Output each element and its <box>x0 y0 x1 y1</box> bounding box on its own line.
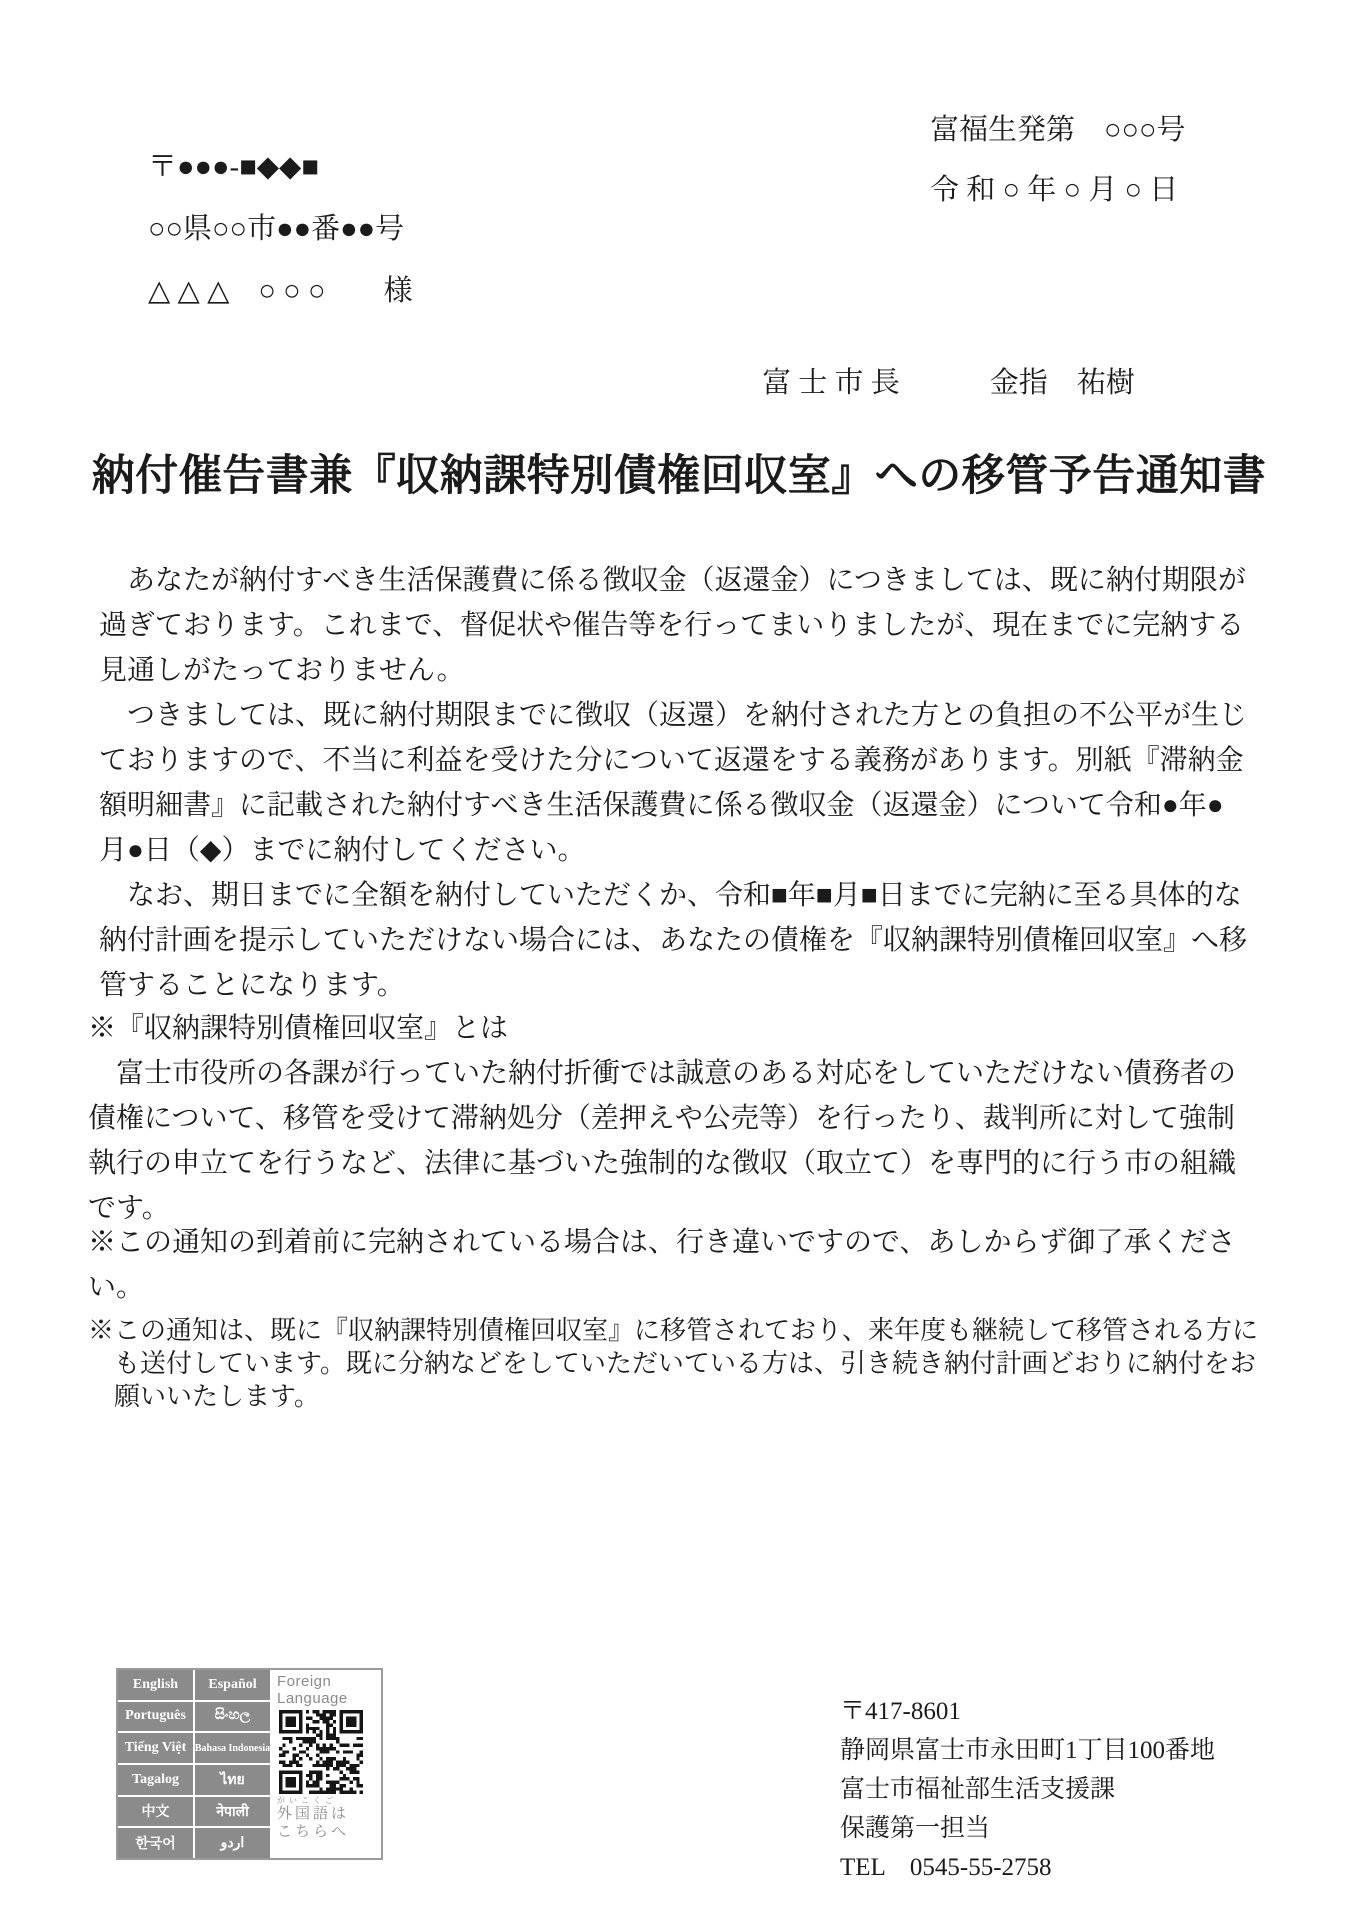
recipient-address: ○○県○○市●●番●●号 <box>148 198 412 260</box>
language-cell-thai: ไทย <box>195 1765 270 1795</box>
qr-panel: Foreign Language がいこくご 外国語は こちらへ <box>270 1670 381 1858</box>
qr-caption-line1: 外国語は <box>277 1805 349 1823</box>
document-number: 富福生発第 ○○○号 <box>930 100 1186 160</box>
contact-block: 〒417-8601 静岡県富士市永田町1丁目100番地 富士市福祉部生活支援課 … <box>840 1692 1215 1887</box>
document-meta: 富福生発第 ○○○号 令 和 ○ 年 ○ 月 ○ 日 <box>930 100 1186 220</box>
paragraph-obligation: つきましては、既に納付期限までに徴収（返還）を納付された方との負担の不公平が生じ… <box>99 693 1251 873</box>
contact-section: 保護第一担当 <box>840 1809 1215 1848</box>
recipient-postal-code: 〒●●●-■◆◆■ <box>148 136 412 198</box>
body-paragraphs: あなたが納付すべき生活保護費に係る徴収金（返還金）につきましては、既に納付期限が… <box>99 558 1251 1008</box>
page-title: 納付催告書兼『収納課特別債権回収室』への移管予告通知書 <box>0 442 1358 503</box>
foreign-language-block: English Español Português සිංහල Tiếng Vi… <box>116 1668 383 1860</box>
paragraph-transfer-warning: なお、期日までに全額を納付していただくか、令和■年■月■日までに完納に至る具体的… <box>99 873 1251 1008</box>
document-date: 令 和 ○ 年 ○ 月 ○ 日 <box>930 160 1186 220</box>
language-cell-indonesian: Bahasa Indonesia <box>195 1733 270 1763</box>
language-cell-portugues: Português <box>118 1702 193 1732</box>
note-crossing: ※この通知の到着前に完納されている場合は、行き違いですので、あしからず御了承くだ… <box>88 1220 1268 1310</box>
qr-caption-line2: こちらへ <box>277 1823 349 1841</box>
language-table: English Español Português සිංහල Tiếng Vi… <box>118 1670 270 1858</box>
foreign-language-heading: Foreign Language <box>277 1673 367 1707</box>
language-cell-korean: 한국어 <box>118 1828 193 1858</box>
sender-name: 金指 祐樹 <box>990 367 1135 399</box>
sender-line: 富 士 市 長金指 祐樹 <box>762 360 1135 401</box>
language-cell-urdu: اردو <box>195 1828 270 1858</box>
language-cell-tagalog: Tagalog <box>118 1765 193 1795</box>
qr-caption-furigana: がいこくご <box>277 1796 337 1805</box>
recipient-name: △ △ △ ○ ○ ○ 様 <box>148 260 412 322</box>
contact-postal-code: 〒417-8601 <box>840 1692 1215 1731</box>
contact-address: 静岡県富士市永田町1丁目100番地 <box>840 1731 1215 1770</box>
recipient-block: 〒●●●-■◆◆■ ○○県○○市●●番●●号 △ △ △ ○ ○ ○ 様 <box>148 136 412 322</box>
language-cell-sinhala: සිංහල <box>195 1702 270 1732</box>
qr-code <box>279 1710 363 1794</box>
contact-tel: TEL 0545-55-2758 <box>840 1848 1215 1887</box>
language-cell-english: English <box>118 1670 193 1700</box>
language-cell-nepali: नेपाली <box>195 1797 270 1827</box>
contact-department: 富士市福祉部生活支援課 <box>840 1770 1215 1809</box>
paragraph-overdue: あなたが納付すべき生活保護費に係る徴収金（返還金）につきましては、既に納付期限が… <box>99 558 1251 693</box>
note-definition-body: 富士市役所の各課が行っていた納付折衝では誠意のある対応をしていただけない債務者の… <box>88 1051 1252 1231</box>
sender-office: 富 士 市 長 <box>762 367 900 399</box>
note-transferred: ※この通知は、既に『収納課特別債権回収室』に移管されており、来年度も継続して移管… <box>88 1314 1260 1413</box>
language-cell-chinese: 中文 <box>118 1797 193 1827</box>
language-cell-espanol: Español <box>195 1670 270 1700</box>
language-cell-vietnamese: Tiếng Việt <box>118 1733 193 1763</box>
document-page: { "doc": { "doc_number": "富福生発第 ○○○号", "… <box>0 0 1358 1920</box>
note-definition: ※『収納課特別債権回収室』とは 富士市役所の各課が行っていた納付折衝では誠意のあ… <box>88 1006 1252 1231</box>
note-definition-heading: ※『収納課特別債権回収室』とは <box>88 1006 1252 1051</box>
